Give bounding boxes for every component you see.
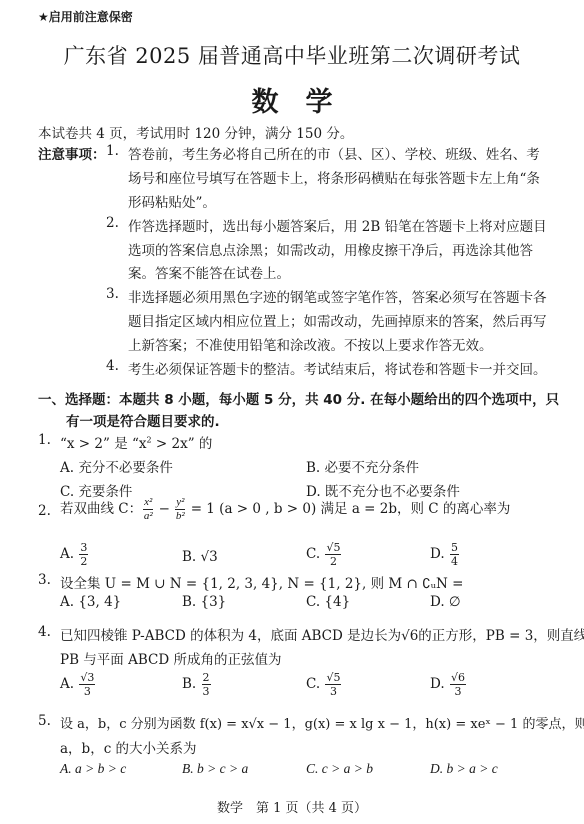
option-c: C. √53 (306, 672, 342, 697)
option-b: B. 23 (182, 672, 212, 697)
notice-num: 4. (106, 358, 119, 374)
option-d: D. √63 (430, 672, 467, 697)
question-number: 4. (38, 624, 51, 640)
option-a: A. {3, 4} (60, 594, 121, 610)
section-heading-cont: 有一项是符合题目要求的. (66, 410, 220, 430)
option-a: A. a > b > c (60, 761, 126, 777)
option-b: B. {3} (182, 594, 226, 610)
notice-num: 1. (106, 143, 119, 159)
option-b: B. √3 (182, 549, 218, 565)
exam-intro: 本试卷共 4 页，考试用时 120 分钟，满分 150 分。 (38, 122, 353, 142)
option-c: C. c > a > b (306, 761, 373, 777)
confidential-label: ★启用前注意保密 (38, 8, 133, 25)
notice-num: 3. (106, 286, 119, 302)
option-b: B. 必要不充分条件 (306, 456, 419, 476)
option-d: D. b > a > c (430, 761, 498, 777)
section-heading: 一、选择题：本题共 8 小题，每小题 5 分，共 40 分. 在每小题给出的四个… (38, 388, 559, 408)
notice-num: 2. (106, 215, 119, 231)
question-stem-cont: a，b，c 的大小关系为 (60, 737, 197, 757)
notice-line: 选项的答案信息点涂黑；如需改动，用橡皮擦干净后，再选涂其他答 (128, 239, 533, 259)
option-a: A. 充分不必要条件 (60, 456, 173, 476)
subject-title: 数 学 (0, 80, 584, 119)
option-c: C. {4} (306, 594, 350, 610)
option-a: A. 32 (60, 542, 89, 567)
question-number: 2. (38, 503, 51, 519)
exam-title: 广东省 2025 届普通高中毕业班第二次调研考试 (0, 40, 584, 70)
option-a: A. √33 (60, 672, 96, 697)
question-stem: 设 a，b，c 分别为函数 f(x) = x√x − 1，g(x) = x lg… (60, 713, 584, 732)
notice-line: 作答选择题时，选出每小题答案后，用 2B 铅笔在答题卡上将对应题目 (128, 215, 547, 235)
notice-line: 形码粘贴处”。 (128, 191, 216, 211)
notice-line: 案。答案不能答在试卷上。 (128, 262, 290, 282)
question-stem: 设全集 U = M ∪ N = {1, 2, 3, 4}, N = {1, 2}… (60, 572, 463, 592)
option-d: D. 54 (430, 542, 460, 567)
notice-line: 答卷前，考生务必将自己所在的市（县、区）、学校、班级、姓名、考 (128, 143, 540, 163)
option-c: C. √52 (306, 542, 342, 567)
question-stem: “x > 2” 是 “x2 > 2x” 的 (60, 432, 212, 452)
notice-line: 考生必须保证答题卡的整洁。考试结束后，将试卷和答题卡一并交回。 (128, 358, 547, 378)
notice-line: 非选择题必须用黑色字迹的钢笔或签字笔作答，答案必须写在答题卡各 (128, 286, 547, 306)
question-stem-cont: PB 与平面 ABCD 所成角的正弦值为 (60, 648, 281, 668)
page-footer: 数学 第 1 页（共 4 页） (0, 797, 584, 816)
notice-line: 题目指定区域内相应位置上；如需改动，先画掉原来的答案，然后再写 (128, 310, 547, 330)
question-number: 3. (38, 572, 51, 588)
option-d: D. ∅ (430, 594, 461, 610)
question-stem: 若双曲线 C：x²a² − y²b² = 1 (a > 0 , b > 0) 满… (60, 497, 510, 522)
notice-label: 注意事项： (38, 143, 106, 163)
question-stem: 已知四棱锥 P-ABCD 的体积为 4，底面 ABCD 是边长为√6的正方形，P… (60, 624, 584, 644)
notice-line: 上新答案；不准使用铅笔和涂改液。不按以上要求作答无效。 (128, 334, 493, 354)
option-b: B. b > c > a (182, 761, 248, 777)
question-number: 1. (38, 432, 51, 448)
question-number: 5. (38, 713, 51, 729)
notice-line: 场号和座位号填写在答题卡上，将条形码横贴在每张答题卡左上角“条 (128, 167, 540, 187)
